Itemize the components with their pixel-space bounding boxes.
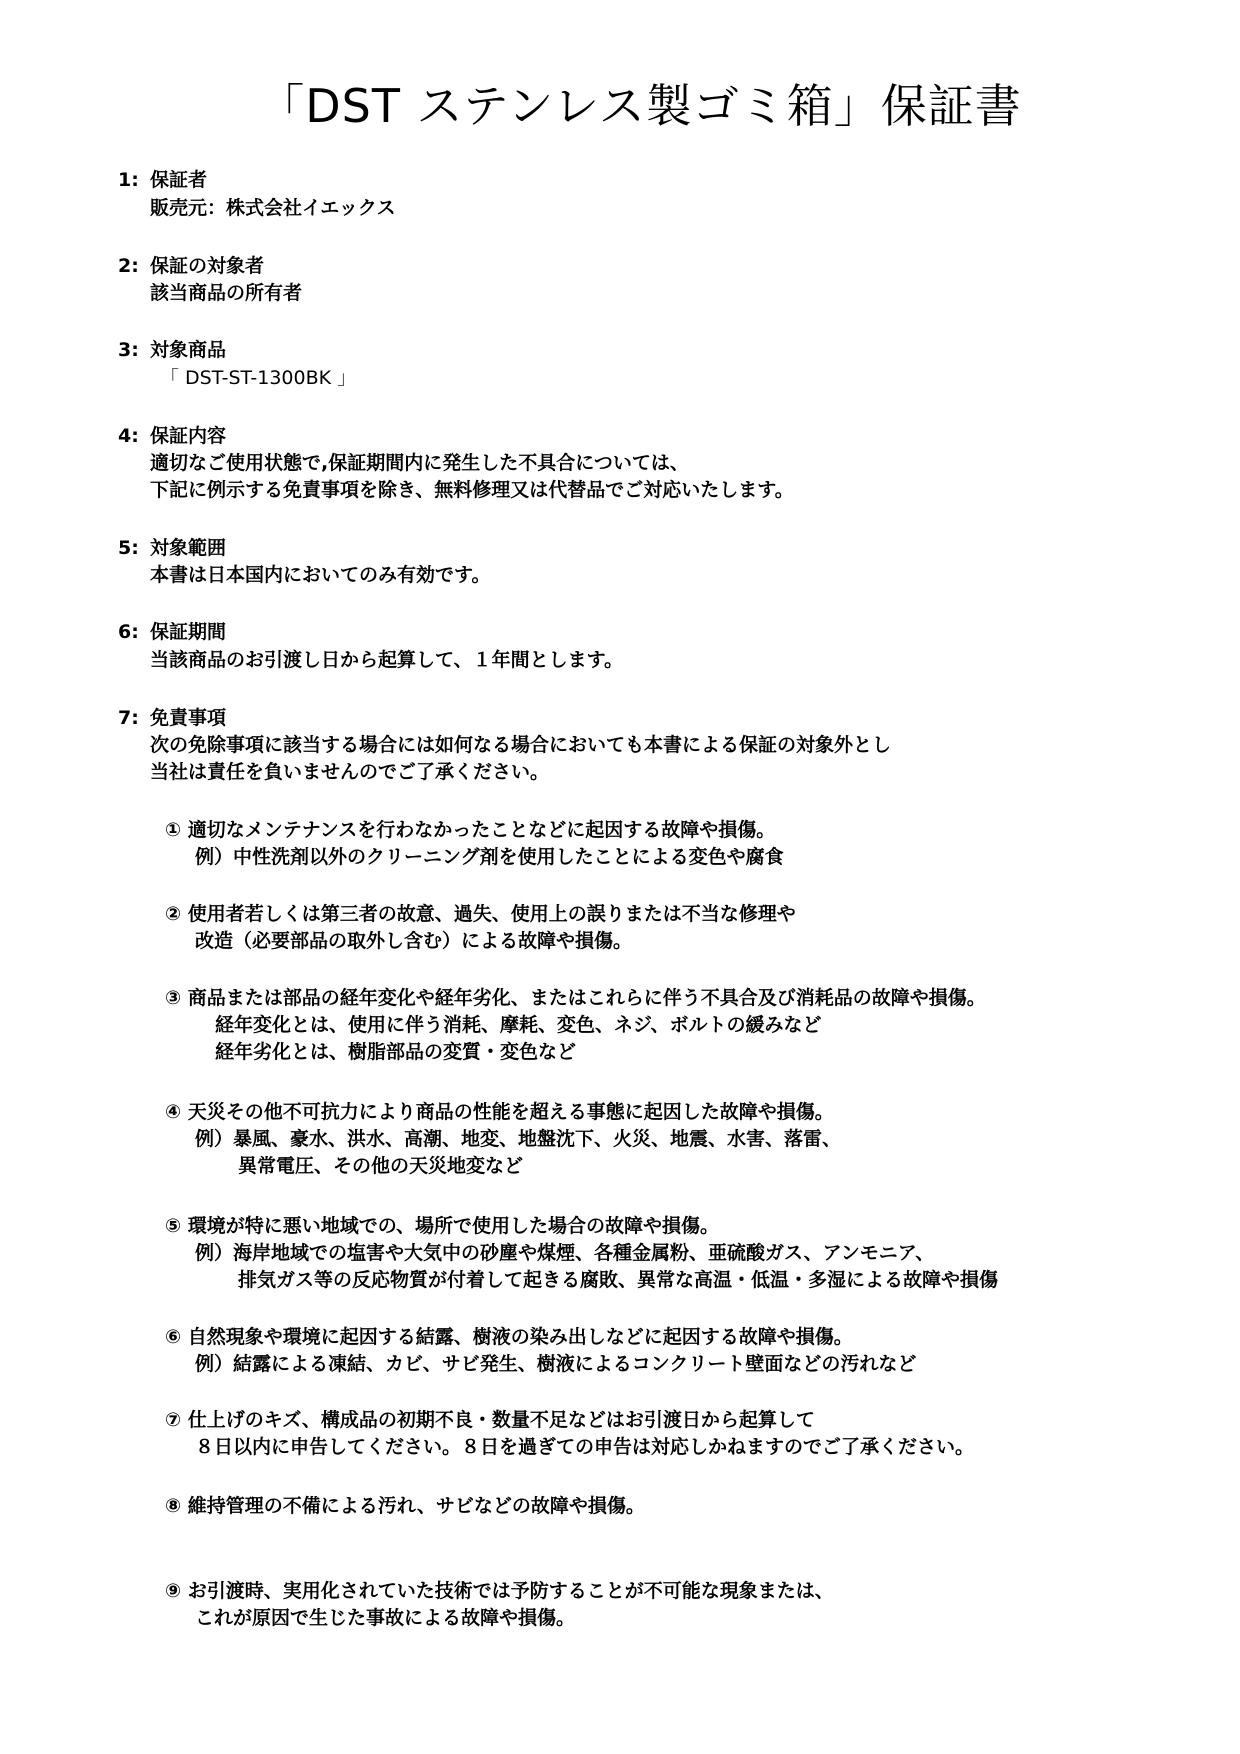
exemption-subtext: 例）海岸地域での塩害や大気中の砂塵や煤煙、各種金属粉、亜硫酸ガス、アンモニア、: [195, 1240, 934, 1266]
section-text: 本書は日本国内においてのみ有効です。: [150, 562, 490, 588]
section-text: 当社は責任を負いませんのでご了承ください。: [150, 759, 549, 785]
section-number: 2:: [118, 253, 139, 279]
exemption-subtext: 経年劣化とは、樹脂部品の変質・変色など: [215, 1039, 576, 1065]
exemption-marker: ③: [165, 987, 181, 1009]
exemption-item: ⑥ 自然現象や環境に起因する結露、樹液の染み出しなどに起因する故障や損傷。: [165, 1324, 853, 1350]
exemption-text: 維持管理の不備による汚れ、サビなどの故障や損傷。: [188, 1495, 645, 1517]
exemption-item: ⑨ お引渡時、実用化されていた技術では予防することが不可能な現象または、: [165, 1578, 834, 1604]
section-number: 6:: [118, 619, 139, 645]
product-model: 「 DST-ST-1300BK 」: [160, 365, 356, 391]
section-heading: 保証期間: [150, 619, 226, 645]
section-number: 1:: [118, 167, 139, 193]
section-heading: 免責事項: [150, 705, 226, 731]
section-number: 3:: [118, 337, 139, 363]
section-heading: 保証の対象者: [150, 253, 264, 279]
exemption-subtext: 例）中性洗剤以外のクリーニング剤を使用したことによる変色や腐食: [195, 844, 784, 870]
exemption-marker: ①: [165, 819, 181, 841]
section-heading: 対象商品: [150, 337, 226, 363]
exemption-text: 天災その他不可抗力により商品の性能を超える事態に起因した故障や損傷。: [188, 1101, 834, 1123]
exemption-subtext: 異常電圧、その他の天災地変など: [238, 1153, 523, 1179]
exemption-marker: ④: [165, 1101, 181, 1123]
exemption-marker: ②: [165, 903, 181, 925]
exemption-text: お引渡時、実用化されていた技術では予防することが不可能な現象または、: [188, 1580, 834, 1602]
section-text: 当該商品のお引渡し日から起算して、１年間とします。: [150, 647, 623, 673]
exemption-marker: ⑧: [165, 1495, 181, 1517]
section-number: 7:: [118, 705, 139, 731]
exemption-marker: ⑥: [165, 1326, 181, 1348]
exemption-item: ① 適切なメンテナンスを行わなかったことなどに起因する故障や損傷。: [165, 817, 775, 843]
exemption-subtext: これが原因で生じた事故による故障や損傷。: [195, 1605, 575, 1631]
exemption-item: ③ 商品または部品の経年変化や経年劣化、またはこれらに伴う不具合及び消耗品の故障…: [165, 985, 986, 1011]
exemption-text: 自然現象や環境に起因する結露、樹液の染み出しなどに起因する故障や損傷。: [188, 1326, 853, 1348]
section-number: 5:: [118, 535, 139, 561]
section-text: 次の免除事項に該当する場合には如何なる場合においても本書による保証の対象外とし: [150, 732, 891, 758]
section-heading: 対象範囲: [150, 535, 226, 561]
exemption-marker: ⑦: [165, 1409, 181, 1431]
exemption-item: ④ 天災その他不可抗力により商品の性能を超える事態に起因した故障や損傷。: [165, 1099, 834, 1125]
exemption-marker: ⑤: [165, 1215, 181, 1237]
exemption-subtext: 経年変化とは、使用に伴う消耗、摩耗、変色、ネジ、ボルトの緩みなど: [215, 1012, 821, 1038]
section-text: 下記に例示する免責事項を除き、無料修理又は代替品でご対応いたします。: [150, 477, 794, 503]
exemption-subtext: 改造（必要部品の取外し含む）による故障や損傷。: [195, 928, 632, 954]
section-number: 4:: [118, 423, 139, 449]
exemption-text: 仕上げのキズ、構成品の初期不良・数量不足などはお引渡日から起算して: [188, 1409, 815, 1431]
exemption-text: 使用者若しくは第三者の故意、過失、使用上の誤りまたは不当な修理や: [188, 903, 796, 925]
exemption-subtext: ８日以内に申告してください。８日を過ぎての申告は対応しかねますのでご了承ください…: [195, 1434, 974, 1460]
exemption-item: ⑤ 環境が特に悪い地域での、場所で使用した場合の故障や損傷。: [165, 1213, 719, 1239]
document-title: 「DST ステンレス製ゴミ箱」保証書: [0, 80, 1240, 132]
exemption-text: 適切なメンテナンスを行わなかったことなどに起因する故障や損傷。: [188, 819, 775, 841]
exemption-item: ② 使用者若しくは第三者の故意、過失、使用上の誤りまたは不当な修理や: [165, 901, 796, 927]
section-heading: 保証内容: [150, 423, 226, 449]
exemption-text: 商品または部品の経年変化や経年劣化、またはこれらに伴う不具合及び消耗品の故障や損…: [188, 987, 986, 1009]
exemption-text: 環境が特に悪い地域での、場所で使用した場合の故障や損傷。: [188, 1215, 719, 1237]
exemption-subtext: 例）結露による凍結、カビ、サビ発生、樹液によるコンクリート壁面などの汚れなど: [195, 1351, 916, 1377]
exemption-subtext: 排気ガス等の反応物質が付着して起きる腐敗、異常な高温・低温・多湿による故障や損傷: [238, 1267, 998, 1293]
exemption-item: ⑧ 維持管理の不備による汚れ、サビなどの故障や損傷。: [165, 1493, 645, 1519]
section-heading: 保証者: [150, 167, 207, 193]
exemption-item: ⑦ 仕上げのキズ、構成品の初期不良・数量不足などはお引渡日から起算して: [165, 1407, 815, 1433]
section-text: 販売元：株式会社イエックス: [150, 195, 396, 221]
section-text: 適切なご使用状態で,保証期間内に発生した不具合については、: [150, 450, 689, 476]
exemption-marker: ⑨: [165, 1580, 181, 1602]
exemption-subtext: 例）暴風、豪水、洪水、高潮、地変、地盤沈下、火災、地震、水害、落雷、: [195, 1126, 841, 1152]
section-text: 該当商品の所有者: [150, 280, 302, 306]
